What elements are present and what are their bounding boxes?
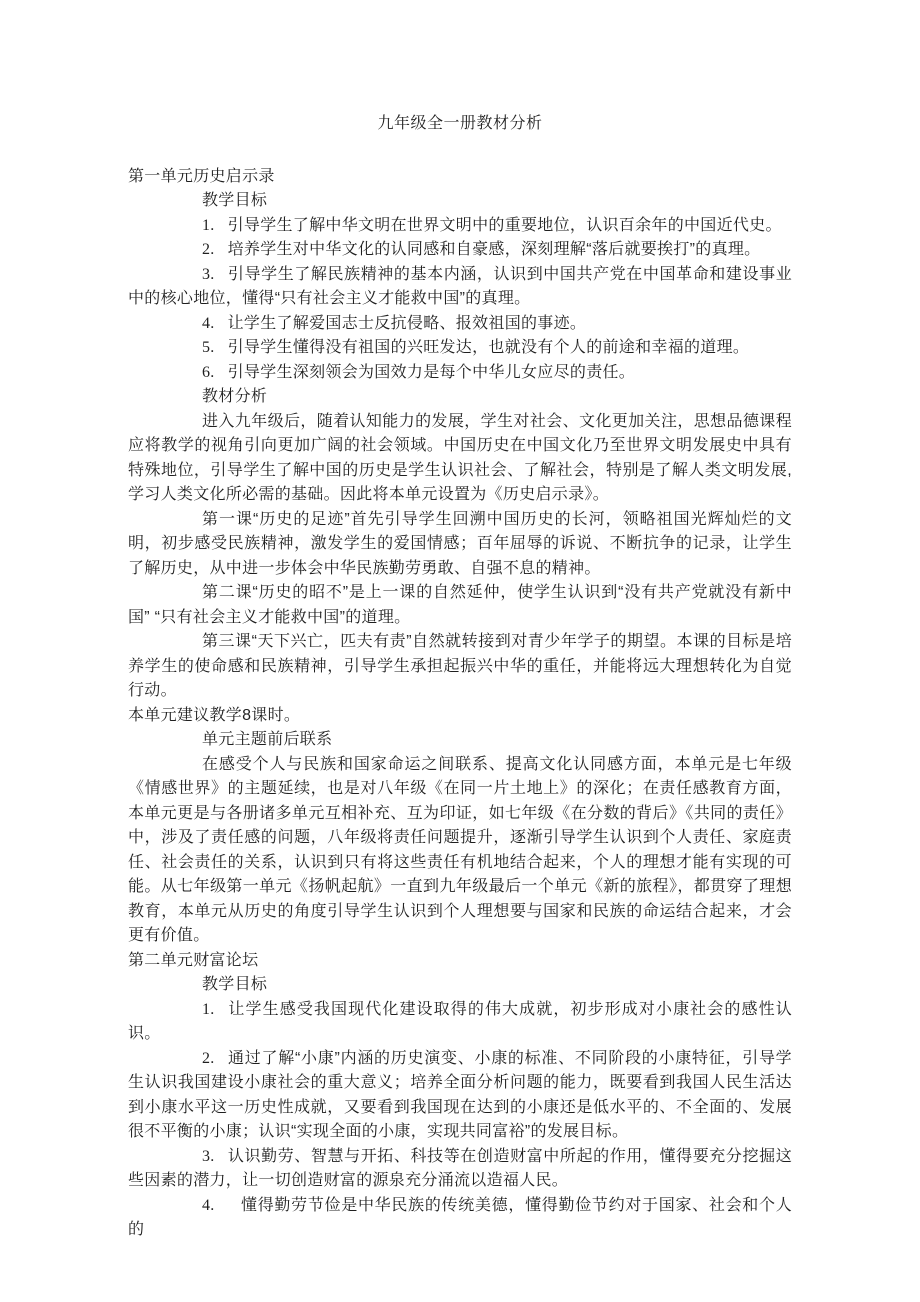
list-item-number: 6. bbox=[202, 364, 215, 381]
sub-heading: 教学目标 bbox=[128, 189, 792, 214]
paragraph: 在感受个人与民族和国家命运之间联系、提高文化认同感方面，本单元是七年级《情感世界… bbox=[128, 753, 792, 949]
list-item-number: 4. bbox=[202, 1197, 215, 1214]
paragraph: 第二课“历史的昭不”是上一课的自然延仲，使学生认识到“没有共产党就没有新中国” … bbox=[128, 581, 792, 630]
list-item: 3.认识勤劳、智慧与开拓、科技等在创造财富中所起的作用，懂得要充分挖掘这些因素的… bbox=[128, 1145, 792, 1194]
paragraph: 第三课“天下兴亡，匹夫有责”自然就转接到对青少年学子的期望。本课的目标是培养学生… bbox=[128, 630, 792, 704]
document-body: 第一单元历史启示录教学目标1.引导学生了解中华文明在世界文明中的重要地位，认识百… bbox=[128, 165, 792, 1243]
list-item-text: 培养学生对中华文化的认同感和自豪感，深刻理解“落后就要挨打”的真理。 bbox=[228, 241, 761, 258]
list-item-text: 引导学生了解中华文明在世界文明中的重要地位，认识百余年的中国近代史。 bbox=[228, 217, 782, 234]
list-item: 3.引导学生了解民族精神的基本内涵，认识到中国共产党在中国革命和建设事业中的核心… bbox=[128, 263, 792, 312]
sub-heading: 教材分析 bbox=[128, 385, 792, 410]
list-item: 2.通过了解“小康”内涵的历史演变、小康的标准、不同阶段的小康特征，引导学生认识… bbox=[128, 1047, 792, 1145]
list-item-text: 引导学生深刻领会为国效力是每个中华儿女应尽的责任。 bbox=[228, 364, 636, 381]
sub-heading: 教学目标 bbox=[128, 973, 792, 998]
list-item-text: 让学生感受我国现代化建设取得的伟大成就，初步形成对小康社会的感性认识。 bbox=[128, 1001, 792, 1043]
list-item-number: 5. bbox=[202, 339, 215, 356]
paragraph: 进入九年级后，随着认知能力的发展，学生对社会、文化更加关注，思想品德课程应将教学… bbox=[128, 410, 792, 508]
list-item: 1.引导学生了解中华文明在世界文明中的重要地位，认识百余年的中国近代史。 bbox=[128, 214, 792, 239]
list-item: 6.引导学生深刻领会为国效力是每个中华儿女应尽的责任。 bbox=[128, 361, 792, 386]
list-item-number: 3. bbox=[202, 266, 215, 283]
list-item: 1.让学生感受我国现代化建设取得的伟大成就，初步形成对小康社会的感性认识。 bbox=[128, 998, 792, 1047]
list-item-text: 懂得勤劳节俭是中华民族的传统美德，懂得勤俭节约对于国家、社会和个人的 bbox=[128, 1197, 792, 1239]
list-item: 5.引导学生懂得没有祖国的兴旺发达，也就没有个人的前途和幸福的道理。 bbox=[128, 336, 792, 361]
list-item-number: 2. bbox=[202, 241, 215, 258]
list-item: 4.让学生了解爱国志士反抗侵略、报效祖国的事迹。 bbox=[128, 312, 792, 337]
list-item-text: 让学生了解爱国志士反抗侵略、报效祖国的事迹。 bbox=[228, 315, 587, 332]
section-heading: 第二单元财富论坛 bbox=[128, 949, 792, 974]
list-item-text: 引导学生懂得没有祖国的兴旺发达，也就没有个人的前途和幸福的道理。 bbox=[228, 339, 750, 356]
document-page: 九年级全一册教材分析 第一单元历史启示录教学目标1.引导学生了解中华文明在世界文… bbox=[0, 0, 920, 1302]
list-item-text: 引导学生了解民族精神的基本内涵，认识到中国共产党在中国革命和建设事业中的核心地位… bbox=[128, 266, 792, 308]
list-item-text: 认识勤劳、智慧与开拓、科技等在创造财富中所起的作用，懂得要充分挖掘这些因素的潜力… bbox=[128, 1148, 792, 1190]
list-item-number: 3. bbox=[202, 1148, 215, 1165]
sub-heading: 单元主题前后联系 bbox=[128, 728, 792, 753]
list-item-number: 4. bbox=[202, 315, 215, 332]
document-title: 九年级全一册教材分析 bbox=[128, 112, 792, 137]
paragraph: 第一课“历史的足迹”首先引导学生回溯中国历史的长河，领略祖国光辉灿烂的文明，初步… bbox=[128, 508, 792, 582]
list-item-number: 1. bbox=[202, 1001, 215, 1018]
section-heading: 第一单元历史启示录 bbox=[128, 165, 792, 190]
list-item-text: 通过了解“小康”内涵的历史演变、小康的标准、不同阶段的小康特征，引导学生认识我国… bbox=[128, 1050, 792, 1141]
list-item-number: 2. bbox=[202, 1050, 215, 1067]
paragraph: 本单元建议教学8课时。 bbox=[128, 704, 792, 729]
list-item: 4.懂得勤劳节俭是中华民族的传统美德，懂得勤俭节约对于国家、社会和个人的 bbox=[128, 1194, 792, 1243]
list-item-number: 1. bbox=[202, 217, 215, 234]
list-item: 2.培养学生对中华文化的认同感和自豪感，深刻理解“落后就要挨打”的真理。 bbox=[128, 238, 792, 263]
